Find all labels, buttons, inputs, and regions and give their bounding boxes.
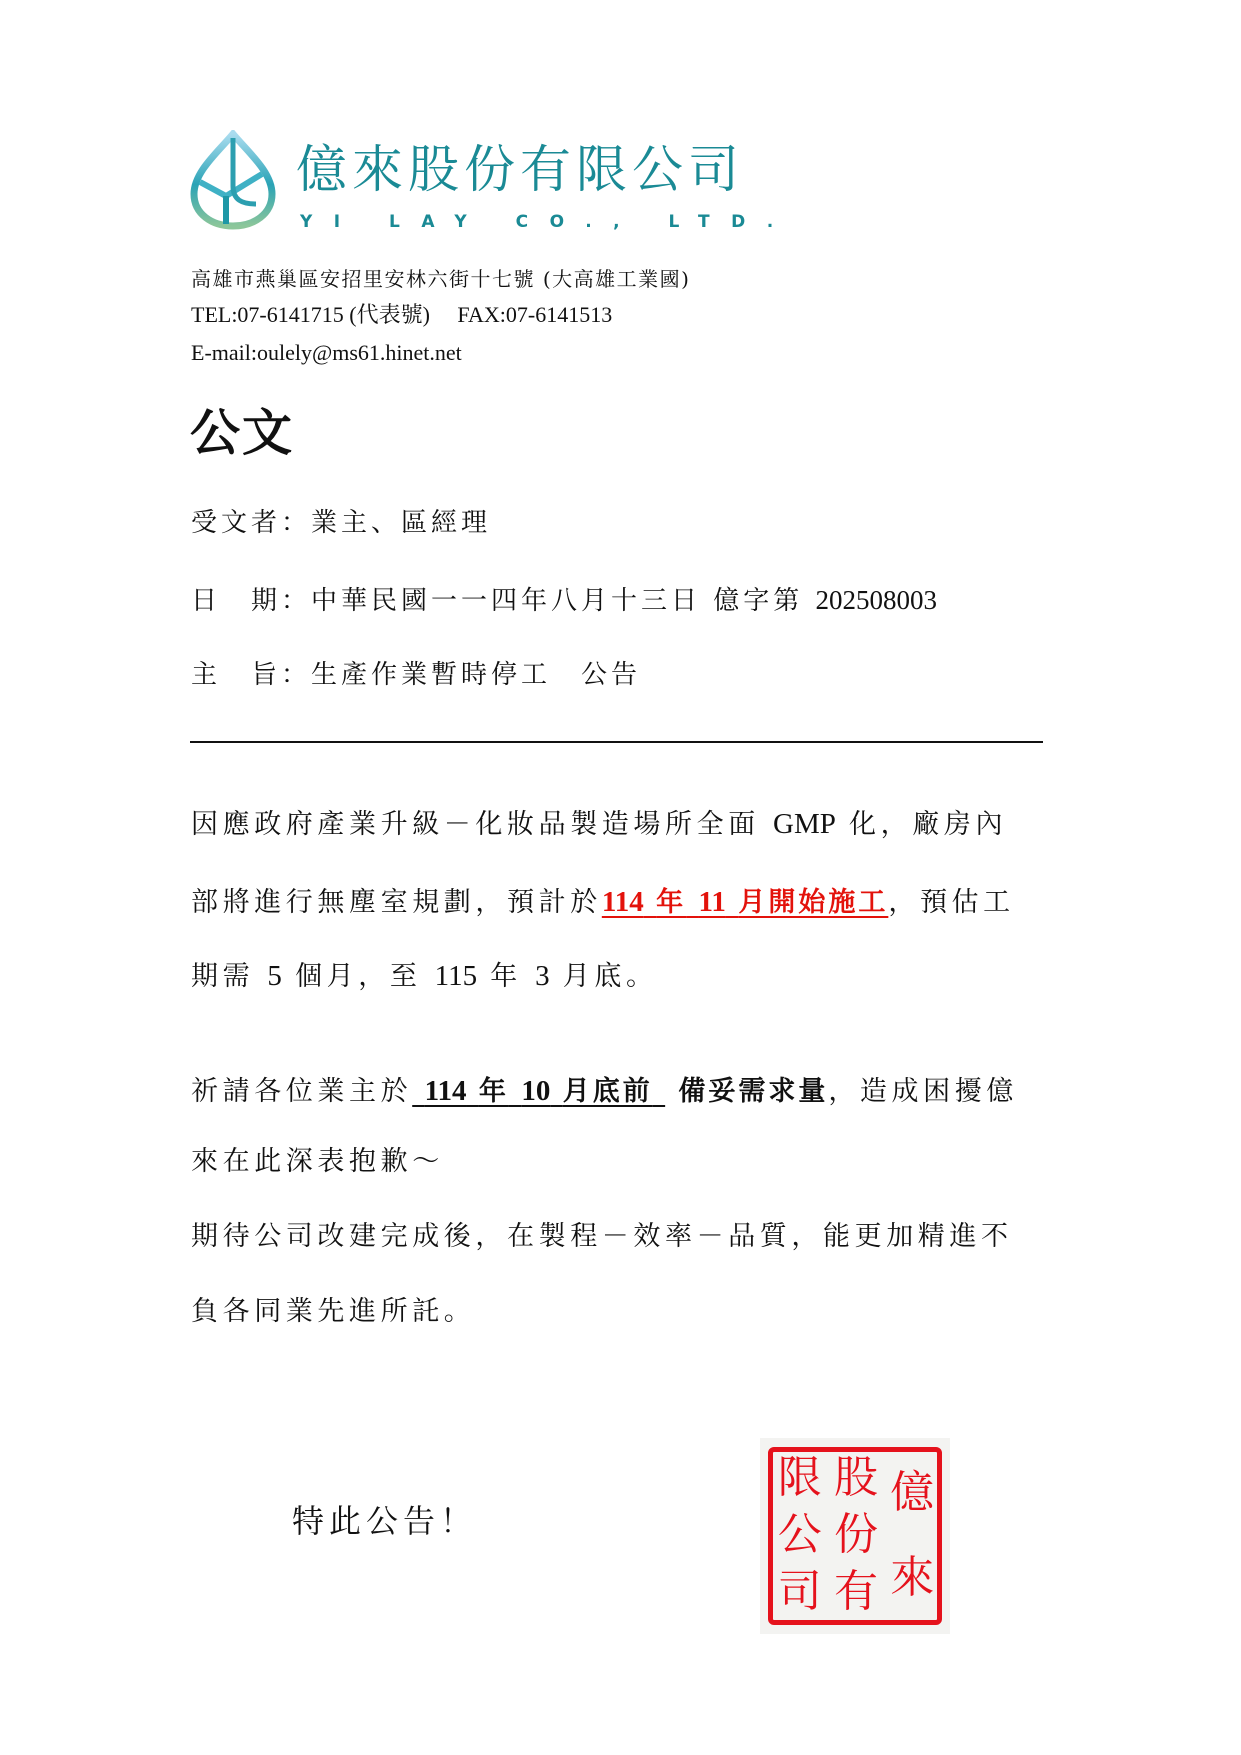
text: ，預估工: [888, 887, 1014, 918]
text: 個月，至: [295, 961, 421, 992]
text: 年: [656, 887, 686, 918]
construction-start-highlight: 114 年 11 月開始施工: [602, 887, 889, 918]
date-line: 日 期：中華民國一一四年八月十三日 億字第 202508003: [191, 583, 937, 618]
subject-value: 生產作業暫時停工 公告: [311, 660, 641, 690]
section-divider: [190, 741, 1043, 743]
company-address: 高雄市燕巢區安招里安林六街十七號 (大高雄工業國): [191, 266, 690, 292]
text: 年: [490, 961, 522, 992]
text: 年: [479, 1076, 509, 1107]
gmp-text: GMP: [773, 808, 836, 840]
seal-char: 份: [834, 1509, 878, 1561]
text: 期需: [191, 961, 254, 992]
company-name-cn: 億來股份有限公司: [296, 140, 744, 202]
text: 部將進行無塵室規劃，預計於: [191, 887, 602, 918]
deadline-highlight: 114 年 10 月底前: [412, 1076, 665, 1107]
body-paragraph-2-line-1: 祈請各位業主於 114 年 10 月底前 備妥需求量，造成困擾億: [191, 1073, 1018, 1110]
subject-label: 主 旨：: [191, 658, 311, 692]
seal-characters: 億 來 股 份 有 限 公 司: [772, 1450, 940, 1620]
year-number: 114: [602, 886, 644, 918]
number: 5: [267, 960, 282, 992]
text: 月底。: [563, 961, 658, 992]
company-seal-stamp: 億 來 股 份 有 限 公 司: [760, 1438, 950, 1634]
seal-column-3: 限 公 司: [772, 1450, 827, 1620]
body-paragraph-2-line-2: 來在此深表抱歉～: [191, 1144, 444, 1180]
seal-char: 限: [778, 1452, 822, 1504]
text: 月底前: [563, 1076, 653, 1107]
number: 115: [435, 960, 477, 992]
date-value: 中華民國一一四年八月十三日 億字第: [311, 586, 803, 616]
seal-char: 股: [834, 1452, 878, 1504]
seal-char: 公: [778, 1509, 822, 1561]
seal-char: 來: [890, 1552, 934, 1604]
seal-column-1: 億 來: [885, 1450, 940, 1620]
company-logo-icon: [188, 130, 278, 230]
company-email: E-mail:oulely@ms61.hinet.net: [191, 340, 462, 366]
month-number: 11: [699, 886, 726, 918]
body-paragraph-1-line-2: 部將進行無塵室規劃，預計於114 年 11 月開始施工，預估工: [191, 884, 1015, 921]
reference-number: 202508003: [816, 585, 938, 615]
seal-char: 億: [890, 1467, 934, 1519]
seal-column-2: 股 份 有: [828, 1450, 883, 1620]
tel-text: TEL:07-6141715 (代表號): [191, 302, 430, 327]
document-title: 公文: [190, 403, 294, 463]
company-contact-phone: TEL:07-6141715 (代表號) FAX:07-6141513: [191, 302, 612, 328]
body-paragraph-3-line-2: 負各同業先進所託。: [191, 1294, 475, 1330]
text: 化，廠房內: [849, 809, 1007, 840]
company-name-en: YI LAY CO., LTD.: [300, 210, 795, 234]
number: 3: [535, 960, 550, 992]
text: 祈請各位業主於: [191, 1076, 412, 1107]
subject-line: 主 旨：生產作業暫時停工 公告: [191, 658, 641, 692]
text: 因應政府產業升級－化妝品製造場所全面: [191, 809, 760, 840]
body-paragraph-1-line-3: 期需 5 個月，至 115 年 3 月底。: [191, 958, 658, 995]
year-number: 114: [425, 1075, 467, 1107]
body-paragraph-3-line-1: 期待公司改建完成後，在製程－效率－品質，能更加精進不: [191, 1219, 1013, 1255]
month-number: 10: [521, 1075, 550, 1107]
date-label: 日 期：: [191, 584, 311, 618]
body-paragraph-1-line-1: 因應政府產業升級－化妝品製造場所全面 GMP 化，廠房內: [191, 806, 1007, 843]
recipient-value: 業主、區經理: [311, 508, 491, 538]
closing-statement: 特此公告！: [292, 1501, 477, 1541]
seal-char: 司: [778, 1566, 822, 1618]
text: ，造成困擾億: [828, 1076, 1018, 1107]
fax-text: FAX:07-6141513: [457, 302, 612, 327]
recipient-label: 受文者：: [191, 506, 311, 540]
text: 月開始施工: [738, 887, 888, 918]
seal-char: 有: [834, 1566, 878, 1618]
recipient-line: 受文者：業主、區經理: [191, 506, 491, 540]
prepare-demand-bold: 備妥需求量: [678, 1076, 828, 1107]
